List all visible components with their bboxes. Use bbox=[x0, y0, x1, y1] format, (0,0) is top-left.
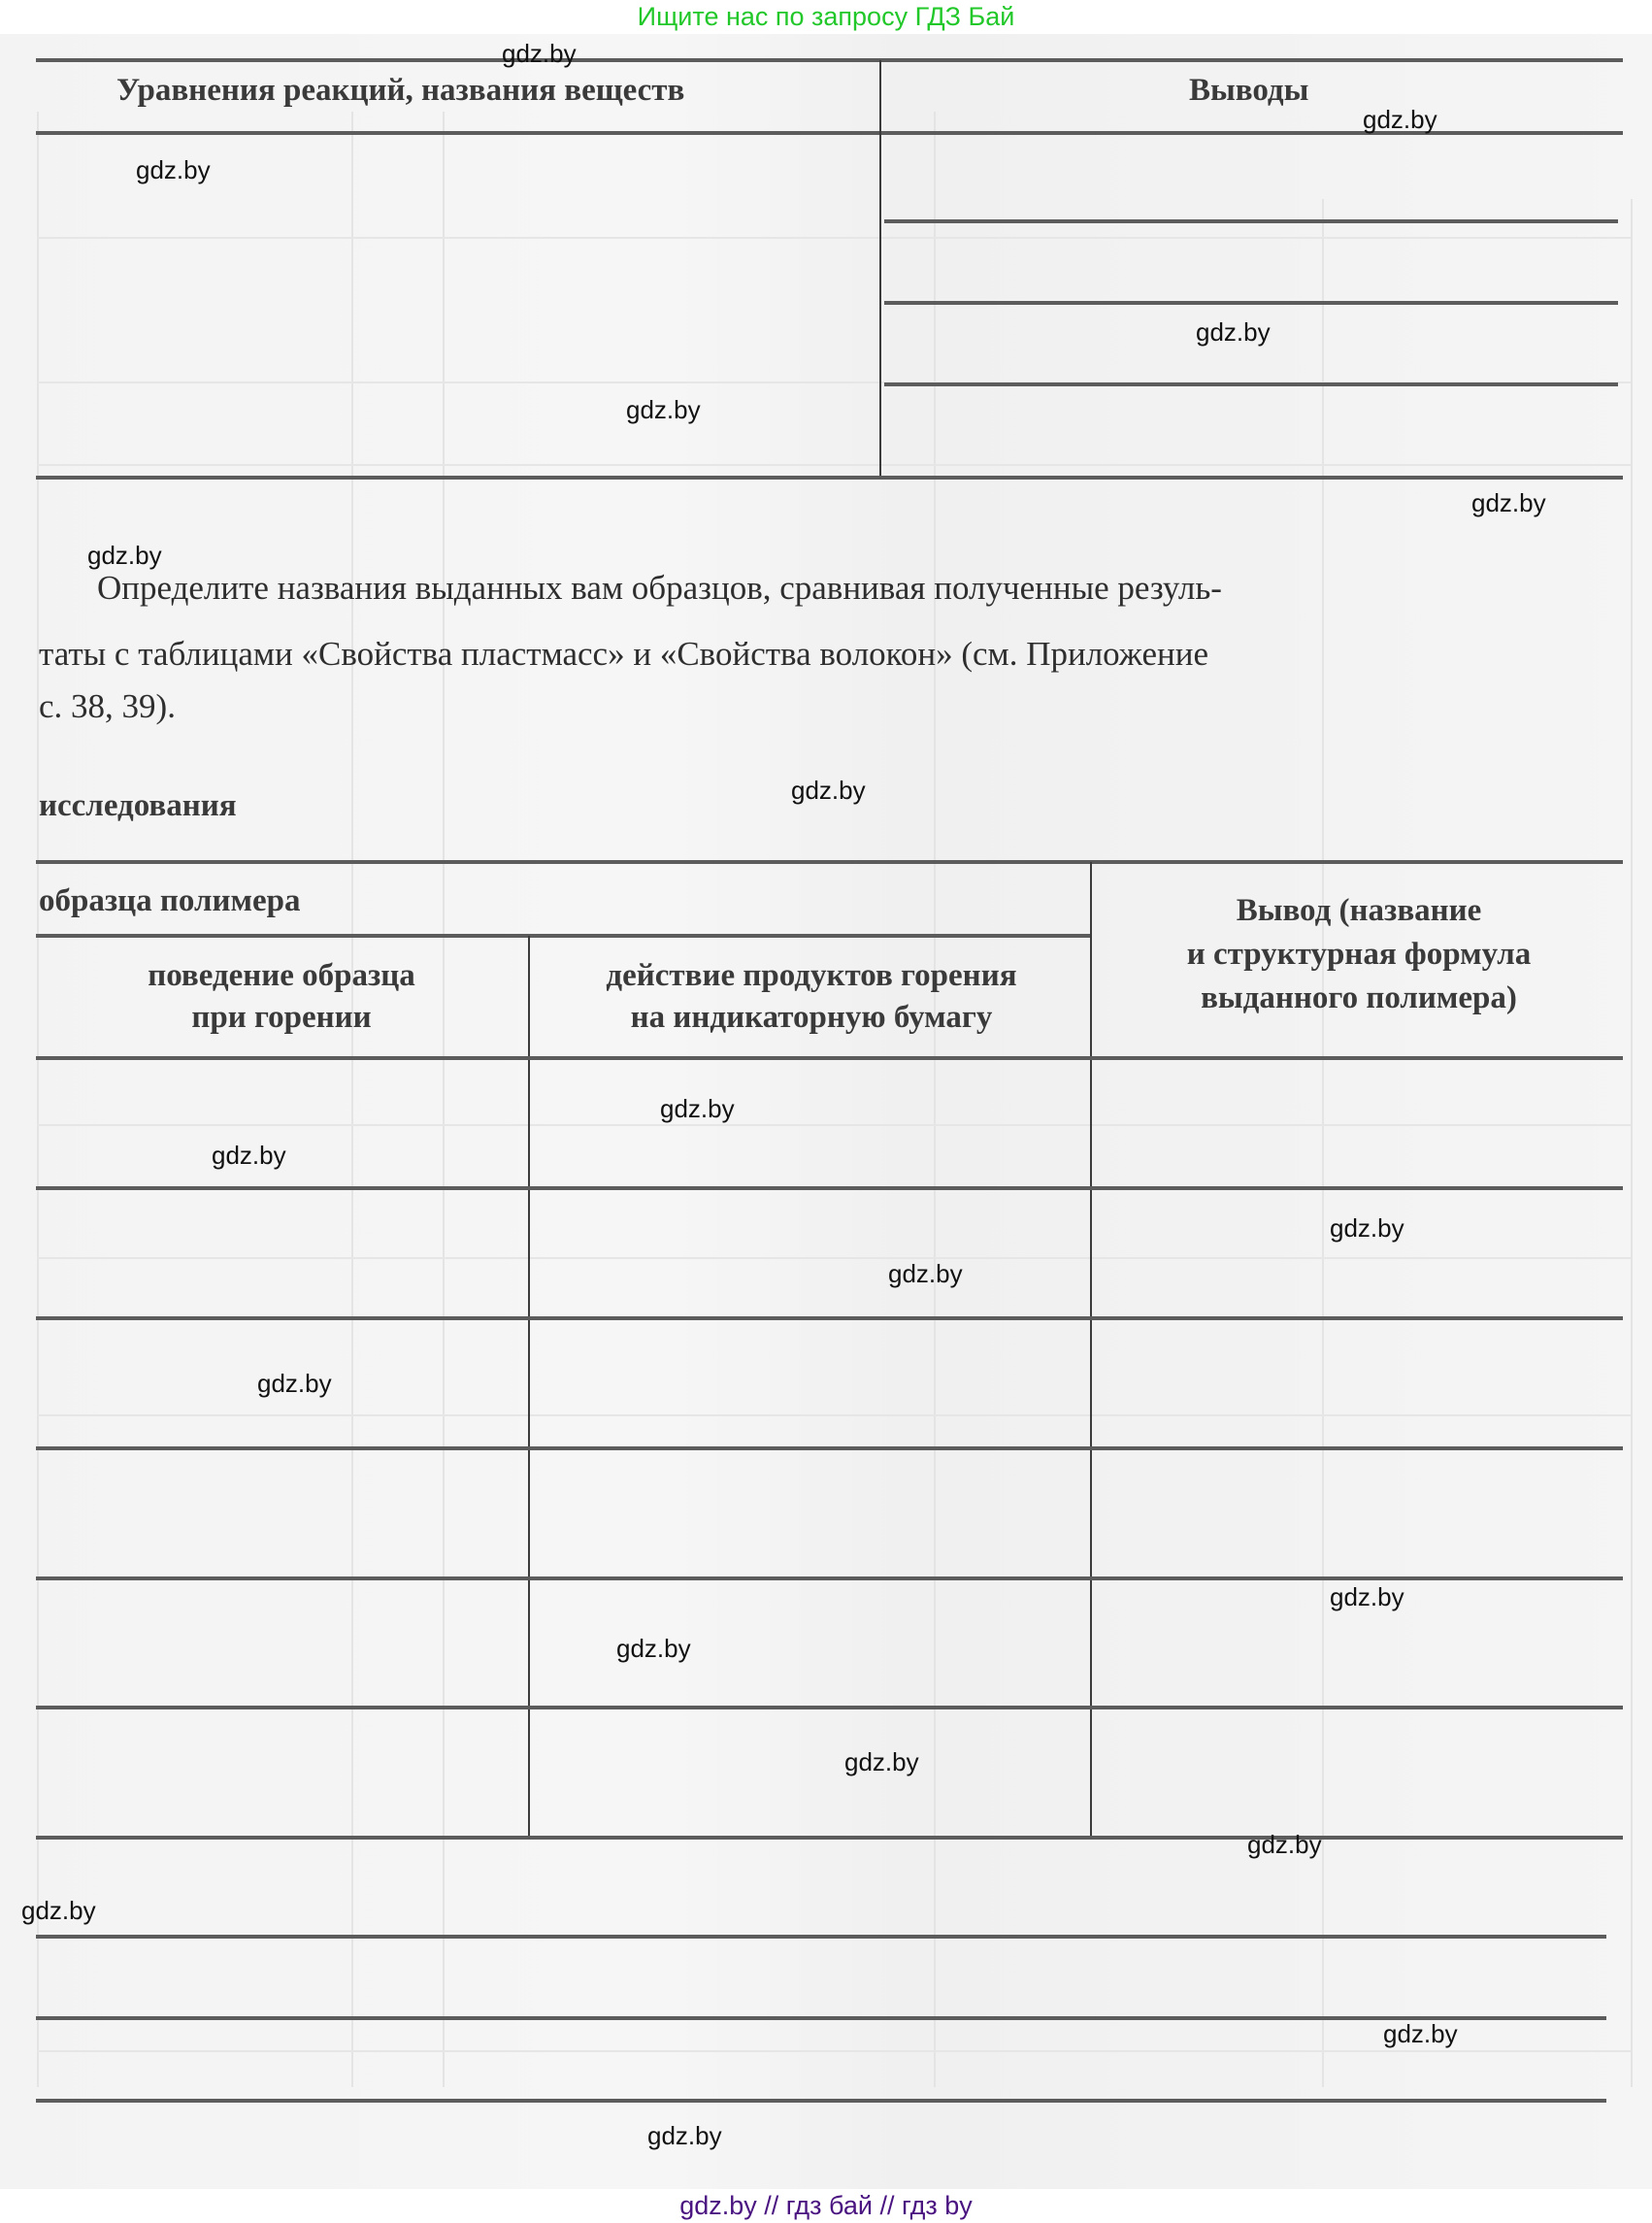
watermark: gdz.by bbox=[1471, 488, 1546, 518]
watermark: gdz.by bbox=[1383, 2019, 1458, 2049]
header-text: при горении bbox=[78, 1000, 485, 1036]
table-rule bbox=[36, 476, 1623, 480]
table-row-rule bbox=[36, 1316, 1623, 1320]
table-rule bbox=[36, 934, 1091, 938]
table-rule bbox=[36, 860, 1623, 864]
bleed-through-line bbox=[37, 464, 1631, 466]
writing-line bbox=[884, 301, 1618, 305]
bleed-through-line bbox=[443, 112, 445, 2087]
writing-line bbox=[36, 2016, 1606, 2020]
writing-line bbox=[36, 2099, 1606, 2103]
table-row-rule bbox=[36, 1446, 1623, 1450]
table-rule bbox=[36, 58, 1623, 62]
column-divider bbox=[528, 936, 530, 1838]
top-banner: Ищите нас по запросу ГДЗ Бай bbox=[0, 0, 1652, 34]
watermark: gdz.by bbox=[616, 1634, 691, 1664]
header-text: поведение образца bbox=[78, 958, 485, 994]
header-group-line1: исследования bbox=[39, 788, 237, 824]
header-conclusions: Выводы bbox=[1189, 73, 1308, 109]
watermark: gdz.by bbox=[21, 1896, 96, 1926]
watermark: gdz.by bbox=[647, 2121, 722, 2151]
table-row-rule bbox=[36, 1836, 1623, 1840]
writing-line bbox=[884, 382, 1618, 386]
column-divider bbox=[879, 60, 881, 478]
instruction-line: с. 38, 39). bbox=[39, 689, 176, 723]
watermark: gdz.by bbox=[257, 1369, 332, 1399]
writing-line bbox=[36, 1935, 1606, 1939]
bleed-through-line bbox=[37, 112, 39, 2087]
header-conclusion-polymer: Вывод (название и структурная формула вы… bbox=[1097, 893, 1621, 1016]
watermark: gdz.by bbox=[791, 776, 866, 806]
instruction-line: таты с таблицами «Свойства пластмасс» и … bbox=[39, 637, 1208, 671]
bleed-through-line bbox=[351, 112, 353, 2087]
watermark: gdz.by bbox=[844, 1747, 919, 1777]
instruction-line: Определите названия выданных вам образцо… bbox=[97, 571, 1222, 605]
watermark: gdz.by bbox=[888, 1259, 963, 1289]
bleed-through-line bbox=[37, 237, 1631, 239]
bleed-through-line bbox=[37, 1257, 1631, 1259]
table-row-rule bbox=[36, 1056, 1623, 1060]
watermark: gdz.by bbox=[1247, 1830, 1322, 1860]
header-text: выданного полимера) bbox=[1097, 980, 1621, 1016]
watermark: gdz.by bbox=[1330, 1582, 1404, 1612]
watermark: gdz.by bbox=[660, 1094, 735, 1124]
bleed-through-line bbox=[37, 1414, 1631, 1416]
bleed-through-line bbox=[1631, 199, 1633, 2087]
header-indicator-effect: действие продуктов горения на индикаторн… bbox=[536, 958, 1087, 1036]
bleed-through-line bbox=[1322, 199, 1324, 2087]
watermark: gdz.by bbox=[1196, 317, 1271, 348]
watermark: gdz.by bbox=[502, 39, 577, 69]
header-group-line2: образца полимера bbox=[39, 883, 300, 919]
watermark: gdz.by bbox=[626, 395, 701, 425]
watermark: gdz.by bbox=[87, 541, 162, 571]
header-text: действие продуктов горения bbox=[536, 958, 1087, 994]
header-text: Вывод (название bbox=[1097, 893, 1621, 929]
workbook-page: Уравнения реакций, названия веществ Выво… bbox=[0, 34, 1652, 2189]
bottom-banner: gdz.by // гдз бай // гдз by bbox=[0, 2189, 1652, 2223]
bleed-through-line bbox=[37, 2050, 1631, 2052]
table-row-rule bbox=[36, 1576, 1623, 1580]
watermark: gdz.by bbox=[212, 1141, 286, 1171]
watermark: gdz.by bbox=[136, 155, 211, 185]
header-text: на индикаторную бумагу bbox=[536, 1000, 1087, 1036]
header-text: и структурная формула bbox=[1097, 937, 1621, 973]
header-equations: Уравнения реакций, названия веществ bbox=[116, 73, 684, 109]
watermark: gdz.by bbox=[1363, 105, 1437, 135]
bleed-through-line bbox=[37, 1124, 1631, 1126]
column-divider bbox=[1090, 862, 1092, 1838]
header-burning-behavior: поведение образца при горении bbox=[78, 958, 485, 1036]
watermark: gdz.by bbox=[1330, 1213, 1404, 1244]
table-row-rule bbox=[36, 1186, 1623, 1190]
bleed-through-line bbox=[934, 112, 936, 2087]
table-row-rule bbox=[36, 1706, 1623, 1709]
writing-line bbox=[884, 219, 1618, 223]
